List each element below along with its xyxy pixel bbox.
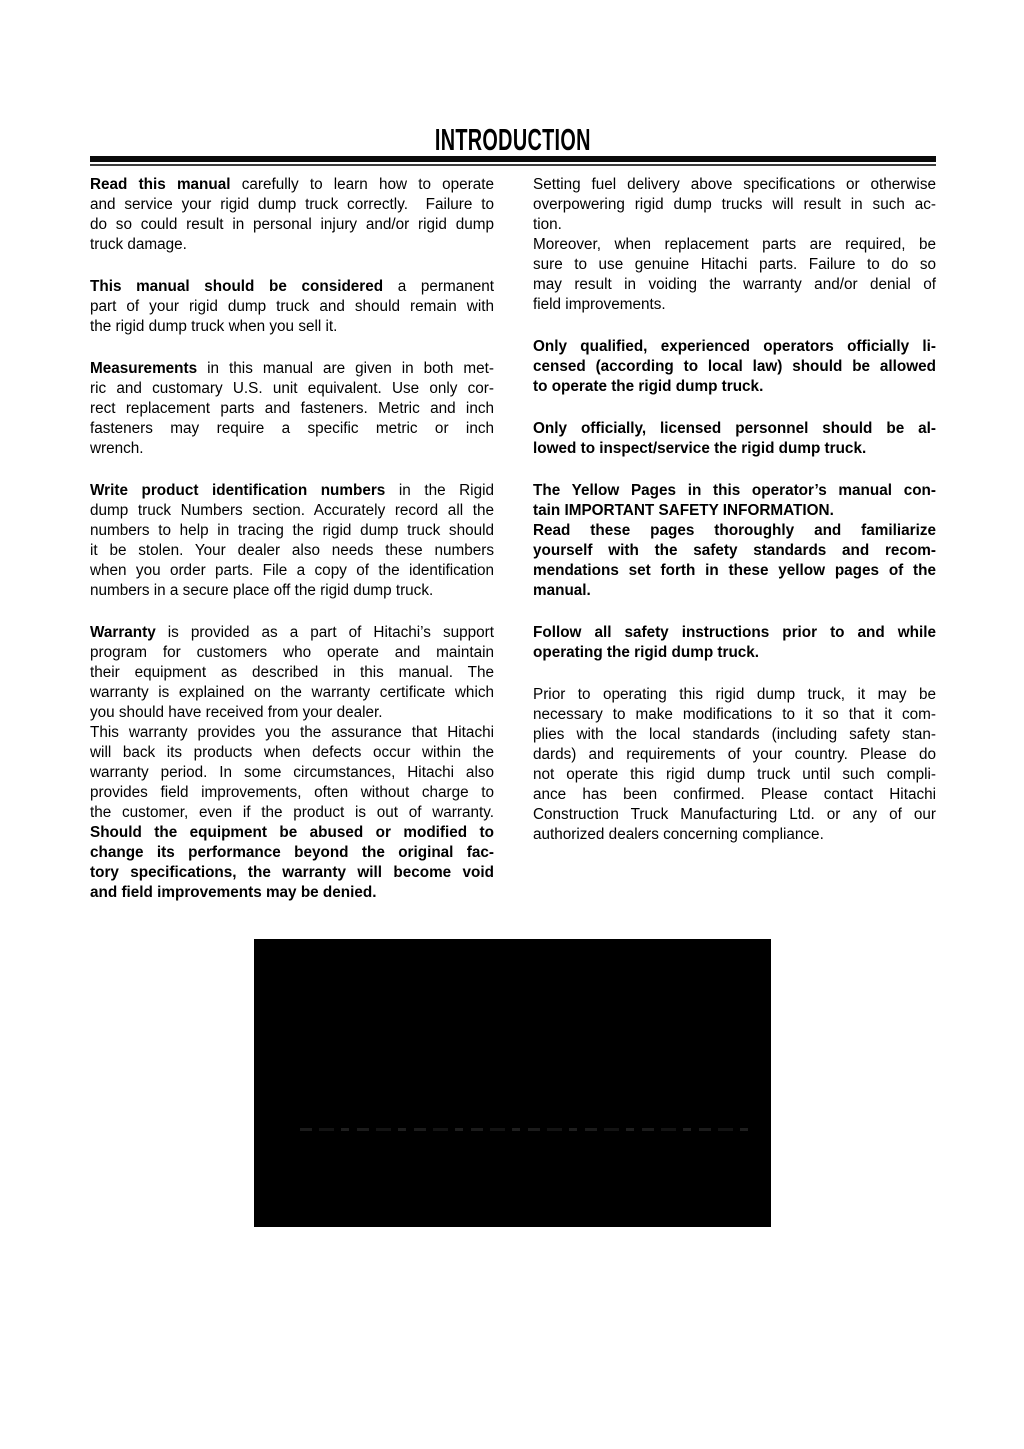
bold-text-segment: Write product identification numbers	[90, 482, 385, 499]
text-line: program for customers who operate and ma…	[90, 643, 494, 663]
text-line: warranty period. In some circumstances, …	[90, 763, 494, 783]
text-line: may result in voiding the warranty and/o…	[533, 275, 936, 295]
text-segment: the rigid dump truck when you sell it.	[90, 318, 337, 335]
text-line: tain IMPORTANT SAFETY INFORMATION.	[533, 501, 936, 521]
text-segment: Prior to operating this rigid dump truck…	[533, 686, 936, 703]
text-line: This warranty provides you the assurance…	[90, 723, 494, 743]
page-title: INTRODUCTION	[90, 124, 936, 156]
text-line: numbers to help in tracing the rigid dum…	[90, 521, 494, 541]
manual-introduction-page: INTRODUCTION Read this manual carefully …	[0, 0, 1024, 1449]
text-line: and service your rigid dump truck correc…	[90, 195, 494, 215]
text-segment: truck damage.	[90, 236, 187, 253]
text-segment: program for customers who operate and ma…	[90, 644, 494, 661]
page-title-text: INTRODUCTION	[435, 124, 591, 156]
text-segment: in this manual are given in both met-	[197, 360, 494, 377]
text-line: ance has been confirmed. Please contact …	[533, 785, 936, 805]
text-segment: fasteners may require a specific metric …	[90, 420, 494, 437]
text-line: the rigid dump truck when you sell it.	[90, 317, 494, 337]
text-segment: carefully to learn how to operate	[231, 176, 495, 193]
text-segment: Setting fuel delivery above specificatio…	[533, 176, 936, 193]
text-segment: authorized dealers concerning compliance…	[533, 826, 824, 843]
text-line: dump truck Numbers section. Accurately r…	[90, 501, 494, 521]
text-segment: a permanent	[383, 278, 494, 295]
illegible-caption-marks	[300, 1128, 748, 1131]
text-segment: dards) and requirements of your country.…	[533, 746, 936, 763]
text-line: wrench.	[90, 439, 494, 459]
text-segment: This warranty provides you the assurance…	[90, 724, 494, 741]
text-segment: Only officially, licensed personnel shou…	[533, 420, 936, 437]
text-segment: Moreover, when replacement parts are req…	[533, 236, 936, 253]
text-line: yourself with the safety standards and r…	[533, 541, 936, 561]
text-line: Warranty is provided as a part of Hitach…	[90, 623, 494, 643]
text-segment: and service your rigid dump truck correc…	[90, 196, 494, 213]
text-line: change its performance beyond the origin…	[90, 843, 494, 863]
text-line: Only officially, licensed personnel shou…	[533, 419, 936, 439]
paragraph: Warranty is provided as a part of Hitach…	[90, 623, 494, 903]
text-segment: part of your rigid dump truck and should…	[90, 298, 494, 315]
text-line: dards) and requirements of your country.…	[533, 745, 936, 765]
text-line: do so could result in personal injury an…	[90, 215, 494, 235]
text-line: and field improvements may be denied.	[90, 883, 494, 903]
bold-text-segment: This manual should be considered	[90, 278, 383, 295]
text-line: their equipment as described in this man…	[90, 663, 494, 683]
bold-text-segment: Warranty	[90, 624, 156, 641]
text-segment: is provided as a part of Hitachi’s suppo…	[156, 624, 494, 641]
bold-text-segment: change its performance beyond the origin…	[90, 844, 494, 861]
bold-text-segment: tory specifications, the warranty will b…	[90, 864, 494, 881]
text-segment: warranty period. In some circumstances, …	[90, 764, 494, 781]
left-column: Read this manual carefully to learn how …	[90, 175, 494, 903]
text-line: truck damage.	[90, 235, 494, 255]
text-line: to operate the rigid dump truck.	[533, 377, 936, 397]
title-rule-thin-bar	[90, 164, 936, 166]
text-segment: to operate the rigid dump truck.	[533, 378, 763, 395]
paragraph: Follow all safety instructions prior to …	[533, 623, 936, 663]
text-segment: overpowering rigid dump trucks will resu…	[533, 196, 936, 213]
text-segment: plies with the local standards (includin…	[533, 726, 936, 743]
text-segment: mendations set forth in these yellow pag…	[533, 562, 936, 579]
paragraph: Only qualified, experienced operators of…	[533, 337, 936, 397]
text-line: tion.	[533, 215, 936, 235]
text-line: field improvements.	[533, 295, 936, 315]
text-segment: you should have received from your deale…	[90, 704, 383, 721]
text-segment: wrench.	[90, 440, 144, 457]
text-segment: do so could result in personal injury an…	[90, 216, 494, 233]
text-line: rect replacement parts and fasteners. Me…	[90, 399, 494, 419]
text-segment: warranty is explained on the warranty ce…	[90, 684, 494, 701]
two-column-body: Read this manual carefully to learn how …	[90, 175, 936, 903]
paragraph: Read this manual carefully to learn how …	[90, 175, 494, 255]
text-segment: manual.	[533, 582, 591, 599]
text-segment: the customer, even if the product is out…	[90, 804, 494, 821]
text-segment: tain IMPORTANT SAFETY INFORMATION.	[533, 502, 834, 519]
text-segment: it be stolen. Your dealer also needs the…	[90, 542, 494, 559]
text-line: Only qualified, experienced operators of…	[533, 337, 936, 357]
text-segment: will back its products when defects occu…	[90, 744, 494, 761]
paragraph: This manual should be considered a perma…	[90, 277, 494, 337]
text-line: provides field improvements, often witho…	[90, 783, 494, 803]
text-line: Construction Truck Manufacturing Ltd. or…	[533, 805, 936, 825]
title-rule	[90, 156, 936, 166]
text-line: you should have received from your deale…	[90, 703, 494, 723]
text-segment: not operate this rigid dump truck until …	[533, 766, 936, 783]
text-line: Measurements in this manual are given in…	[90, 359, 494, 379]
text-segment: Read these pages thoroughly and familiar…	[533, 522, 936, 539]
text-line: This manual should be considered a perma…	[90, 277, 494, 297]
text-line: The Yellow Pages in this operator’s manu…	[533, 481, 936, 501]
right-column: Setting fuel delivery above specificatio…	[533, 175, 936, 903]
text-segment: numbers in a secure place off the rigid …	[90, 582, 433, 599]
text-line: will back its products when defects occu…	[90, 743, 494, 763]
text-segment: numbers to help in tracing the rigid dum…	[90, 522, 494, 539]
text-segment: ance has been confirmed. Please contact …	[533, 786, 936, 803]
text-segment: dump truck Numbers section. Accurately r…	[90, 502, 494, 519]
text-segment: their equipment as described in this man…	[90, 664, 494, 681]
text-line: operating the rigid dump truck.	[533, 643, 936, 663]
text-segment: necessary to make modifications to it so…	[533, 706, 936, 723]
text-line: Follow all safety instructions prior to …	[533, 623, 936, 643]
text-line: Read this manual carefully to learn how …	[90, 175, 494, 195]
paragraph: The Yellow Pages in this operator’s manu…	[533, 481, 936, 601]
text-segment: provides field improvements, often witho…	[90, 784, 494, 801]
text-line: it be stolen. Your dealer also needs the…	[90, 541, 494, 561]
text-line: manual.	[533, 581, 936, 601]
text-segment: yourself with the safety standards and r…	[533, 542, 936, 559]
text-line: overpowering rigid dump trucks will resu…	[533, 195, 936, 215]
text-line: tory specifications, the warranty will b…	[90, 863, 494, 883]
text-segment: in the Rigid	[385, 482, 494, 499]
text-line: Write product identification numbers in …	[90, 481, 494, 501]
text-line: Read these pages thoroughly and familiar…	[533, 521, 936, 541]
bold-text-segment: Should the equipment be abused or modifi…	[90, 824, 494, 841]
text-line: authorized dealers concerning compliance…	[533, 825, 936, 845]
paragraph: Measurements in this manual are given in…	[90, 359, 494, 459]
text-segment: Follow all safety instructions prior to …	[533, 624, 936, 641]
text-segment: Construction Truck Manufacturing Ltd. or…	[533, 806, 936, 823]
text-line: part of your rigid dump truck and should…	[90, 297, 494, 317]
text-line: censed (according to local law) should b…	[533, 357, 936, 377]
text-segment: lowed to inspect/service the rigid dump …	[533, 440, 866, 457]
text-segment: censed (according to local law) should b…	[533, 358, 936, 375]
text-line: sure to use genuine Hitachi parts. Failu…	[533, 255, 936, 275]
paragraph: Only officially, licensed personnel shou…	[533, 419, 936, 459]
text-segment: tion.	[533, 216, 562, 233]
text-line: ric and customary U.S. unit equivalent. …	[90, 379, 494, 399]
truck-photo	[254, 939, 771, 1227]
text-line: necessary to make modifications to it so…	[533, 705, 936, 725]
text-line: Prior to operating this rigid dump truck…	[533, 685, 936, 705]
text-line: mendations set forth in these yellow pag…	[533, 561, 936, 581]
text-segment: rect replacement parts and fasteners. Me…	[90, 400, 494, 417]
text-segment: field improvements.	[533, 296, 666, 313]
text-line: numbers in a secure place off the rigid …	[90, 581, 494, 601]
paragraph: Prior to operating this rigid dump truck…	[533, 685, 936, 845]
paragraph: Setting fuel delivery above specificatio…	[533, 175, 936, 315]
text-line: lowed to inspect/service the rigid dump …	[533, 439, 936, 459]
bold-text-segment: Read this manual	[90, 176, 231, 193]
text-segment: The Yellow Pages in this operator’s manu…	[533, 482, 936, 499]
text-line: Should the equipment be abused or modifi…	[90, 823, 494, 843]
text-line: fasteners may require a specific metric …	[90, 419, 494, 439]
bold-text-segment: and field improvements may be denied.	[90, 884, 376, 901]
text-segment: operating the rigid dump truck.	[533, 644, 759, 661]
text-segment: sure to use genuine Hitachi parts. Failu…	[533, 256, 936, 273]
text-segment: ric and customary U.S. unit equivalent. …	[90, 380, 494, 397]
paragraph: Write product identification numbers in …	[90, 481, 494, 601]
text-line: plies with the local standards (includin…	[533, 725, 936, 745]
text-line: the customer, even if the product is out…	[90, 803, 494, 823]
text-line: Moreover, when replacement parts are req…	[533, 235, 936, 255]
text-line: warranty is explained on the warranty ce…	[90, 683, 494, 703]
text-line: not operate this rigid dump truck until …	[533, 765, 936, 785]
text-segment: may result in voiding the warranty and/o…	[533, 276, 936, 293]
text-segment: Only qualified, experienced operators of…	[533, 338, 936, 355]
text-line: Setting fuel delivery above specificatio…	[533, 175, 936, 195]
text-line: when you order parts. File a copy of the…	[90, 561, 494, 581]
text-segment: when you order parts. File a copy of the…	[90, 562, 494, 579]
bold-text-segment: Measurements	[90, 360, 197, 377]
